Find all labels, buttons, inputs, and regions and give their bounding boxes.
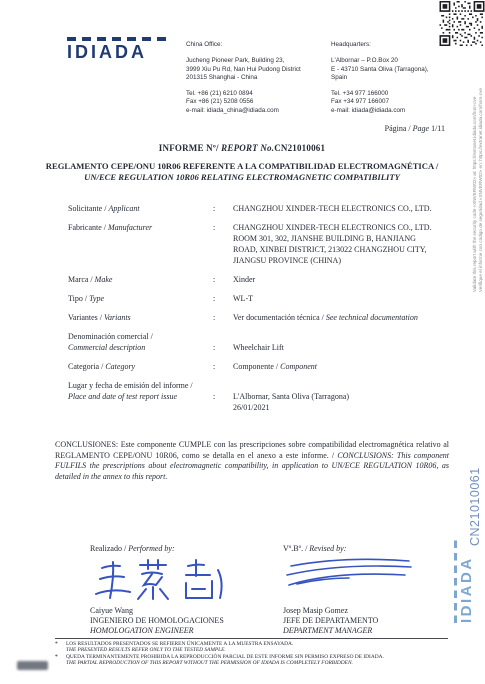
revised-by-signature	[283, 554, 453, 602]
china-office-address: China Office: Jucheng Pioneer Park, Buil…	[186, 41, 328, 115]
performed-by-block: Realizado / Performed by:	[90, 544, 280, 636]
field-value: WL-T	[233, 293, 450, 304]
field-colon: :	[213, 380, 233, 413]
title-english: UN/ECE REGULATION 10R06 RELATING ELECTRO…	[32, 172, 452, 183]
report-number-heading: INFORME Nº/ REPORT No.CN21010061	[32, 143, 452, 153]
field-label: Categoria / Category	[68, 361, 213, 372]
footnote-english: THE PARTIAL REPRODUCTION OF THIS REPORT …	[66, 660, 452, 666]
performed-by-signature	[90, 554, 280, 602]
signer-identity: Caiyue Wang INGENIERO DE HOMOLOGACIONES …	[90, 606, 280, 636]
address-line: Spain	[331, 74, 449, 82]
field-colon: :	[213, 274, 233, 285]
field-label: Lugar y fecha de emisión del informe / P…	[68, 380, 213, 413]
phone-line: Tel. +86 (21) 6210 0894	[186, 90, 328, 98]
idiada-logo-text: IDIADA	[459, 533, 474, 623]
field-row-commercial-description: Denominación comercial / Commercial desc…	[68, 331, 450, 353]
revised-by-heading: Vº.Bº. / Revised by:	[283, 544, 453, 554]
field-label: Tipo / Type	[68, 293, 213, 304]
page-number: Página / Page 1/11	[385, 124, 445, 133]
field-table: Solicitante / Applicant : CHANGZHOU XIND…	[68, 203, 450, 421]
footnote-marker: *	[55, 654, 66, 667]
field-colon: :	[213, 222, 233, 266]
idiada-logo: IDIADA	[67, 37, 170, 61]
field-colon: :	[213, 361, 233, 372]
email-line: e-mail: idiada@idiada.com	[331, 107, 449, 115]
footnote-item: * LOS RESULTADOS PRESENTADOS SE REFIEREN…	[55, 641, 452, 654]
email-line: e-mail: idiada_china@idiada.com	[186, 107, 328, 115]
field-row-make: Marca / Make : Xinder	[68, 274, 450, 285]
address-line: L'Albornar – P.O.Box 20	[331, 57, 449, 65]
address-line: 201315 Shanghai - China	[186, 74, 328, 82]
field-row-issue-place-date: Lugar y fecha de emisión del informe / P…	[68, 380, 450, 413]
field-row-type: Tipo / Type : WL-T	[68, 293, 450, 304]
footnote-separator	[55, 638, 448, 639]
security-code-note: Validate this report with the security c…	[472, 128, 483, 292]
idiada-logo-dashes-icon	[67, 37, 170, 41]
headquarters-address: Headquarters: L'Albornar – P.O.Box 20 E …	[331, 41, 449, 115]
revised-by-block: Vº.Bº. / Revised by: Josep Masip Gomez J…	[283, 544, 453, 636]
signer-name: Caiyue Wang	[90, 606, 280, 616]
field-row-applicant: Solicitante / Applicant : CHANGZHOU XIND…	[68, 203, 450, 214]
field-label: Fabricante / Manufacturer	[68, 222, 213, 266]
field-row-manufacturer: Fabricante / Manufacturer : CHANGZHOU XI…	[68, 222, 450, 266]
handwritten-signature-icon	[90, 554, 250, 602]
idiada-logo-dashes-icon	[454, 539, 457, 623]
footnote-marker: *	[55, 641, 66, 654]
field-colon: :	[213, 293, 233, 304]
report-document-page: IDIADA China Office: Jucheng Pioneer Par…	[0, 0, 485, 684]
headquarters-title: Headquarters:	[331, 41, 449, 49]
field-row-variants: Variantes / Variants : Ver documentación…	[68, 312, 450, 323]
footnotes: * LOS RESULTADOS PRESENTADOS SE REFIEREN…	[55, 641, 452, 667]
performed-by-heading: Realizado / Performed by:	[90, 544, 280, 554]
field-value: CHANGZHOU XINDER-TECH ELECTRONICS CO., L…	[233, 203, 450, 214]
vertical-idiada-logo: IDIADA	[454, 533, 474, 623]
signer-role-spanish: INGENIERO DE HOMOLOGACIONES	[90, 616, 280, 626]
address-line: E - 43710 Santa Oliva (Tarragona),	[331, 66, 449, 74]
field-value: CHANGZHOU XINDER-TECH ELECTRONICS CO., L…	[233, 222, 450, 266]
field-label: Marca / Make	[68, 274, 213, 285]
handwritten-signature-icon	[283, 554, 418, 600]
field-row-category: Categoria / Category : Componente / Comp…	[68, 361, 450, 372]
china-office-title: China Office:	[186, 41, 328, 49]
signer-role-spanish: JEFE DE DEPARTAMENTO	[283, 616, 453, 626]
title-spanish: REGLAMENTO CEPE/ONU 10R06 REFERENTE A LA…	[32, 161, 452, 172]
signer-role-english: HOMOLOGATION ENGINEER	[90, 626, 280, 636]
field-colon: :	[213, 331, 233, 353]
conclusions-paragraph: CONCLUSIONES: Este componente CUMPLE con…	[55, 440, 449, 482]
field-value: L'Albornar, Santa Oliva (Tarragona) 26/0…	[233, 380, 450, 413]
phone-line: Tel. +34 977 166000	[331, 90, 449, 98]
signer-role-english: DEPARTMENT MANAGER	[283, 626, 453, 636]
fax-line: Fax +86 (21) 5208 0556	[186, 98, 328, 106]
fax-line: Fax +34 977 166007	[331, 98, 449, 106]
report-number: CN21010061	[274, 143, 325, 153]
vertical-report-number: CN21010061	[468, 432, 482, 546]
field-colon: :	[213, 312, 233, 323]
qr-code-icon	[439, 1, 485, 46]
field-label: Denominación comercial / Commercial desc…	[68, 331, 213, 353]
field-value: Wheelchair Lift	[233, 331, 450, 353]
field-value: Ver documentación técnica / See technica…	[233, 312, 450, 323]
field-colon: :	[213, 203, 233, 214]
idiada-logo-text: IDIADA	[67, 43, 170, 61]
document-title: REGLAMENTO CEPE/ONU 10R06 REFERENTE A LA…	[32, 161, 452, 183]
footnote-item: * QUEDA TERMINANTEMENTE PROHIBIDA LA REP…	[55, 654, 452, 667]
field-value: Xinder	[233, 274, 450, 285]
field-label: Variantes / Variants	[68, 312, 213, 323]
field-label: Solicitante / Applicant	[68, 203, 213, 214]
address-line: Jucheng Pioneer Park, Building 23,	[186, 57, 328, 65]
address-line: 3999 Xiu Pu Rd, Nan Hui Pudong District	[186, 66, 328, 74]
signer-identity: Josep Masip Gomez JEFE DE DEPARTAMENTO D…	[283, 606, 453, 636]
field-value: Componente / Component	[233, 361, 450, 372]
stamp-mark	[17, 661, 48, 670]
signer-name: Josep Masip Gomez	[283, 606, 453, 616]
